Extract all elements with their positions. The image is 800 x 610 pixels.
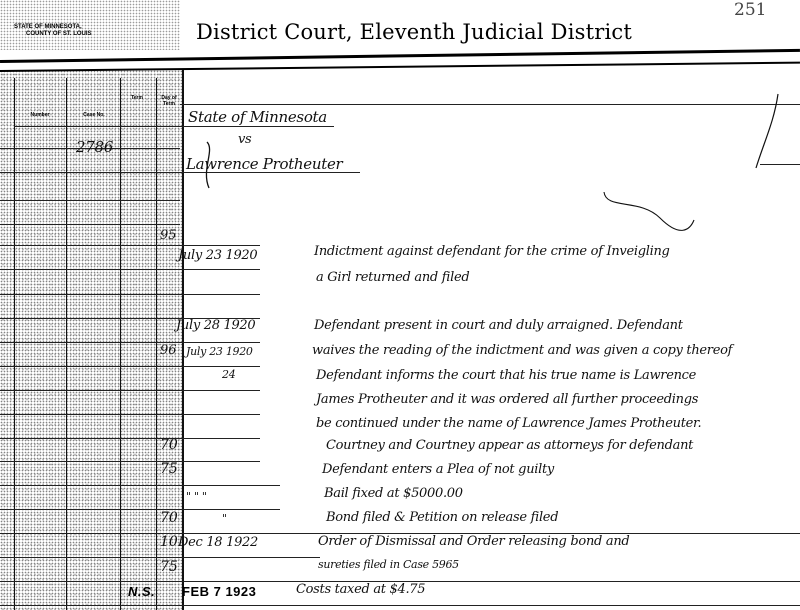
county-stamp: State of Minnesota, County of St. Louis [14,24,134,38]
pen-stroke-bracket [195,140,215,190]
column-header-day: Day of Term [156,95,182,107]
rule [180,104,800,105]
column-rule-5 [182,70,184,610]
header-rule-bottom [0,62,800,72]
column-rule-2 [66,78,67,610]
rule [0,414,260,415]
column-header-term: Term [120,95,154,101]
page-title: District Court, Eleventh Judicial Distri… [196,20,632,44]
entry-day: 10 [160,534,178,550]
entry-day: 75 [160,559,178,575]
entry-date: 24 [222,368,235,381]
page-number: 251 [734,0,766,20]
entry-text: waives the reading of the indictment and… [312,343,732,358]
entry-day: 70 [160,437,178,453]
column-rule-4 [156,78,157,610]
entry-day: 75 [160,461,178,477]
column-header-case-no: Case No. [74,112,114,118]
entry-text: Bail fixed at $5000.00 [324,486,463,501]
entry-date: July 23 1920 [186,345,253,358]
caption-plaintiff: State of Minnesota [188,108,327,126]
entry-date: " [222,512,227,525]
rule [0,557,320,558]
rule [0,200,180,201]
entry-text: a Girl returned and filed [316,270,469,285]
entry-text: Indictment against defendant for the cri… [314,244,670,259]
header-rule-top [0,49,800,63]
rule [0,485,280,486]
court-record-page: State of Minnesota, County of St. Louis … [0,0,800,610]
rule [0,461,260,462]
rule [0,294,260,295]
entry-date: July 28 1920 [176,318,255,333]
rule [0,342,260,343]
rule [14,126,334,127]
entry-day: 95 [160,228,177,243]
stamp-line-1: State of Minnesota, [14,24,134,31]
entry-text: Courtney and Courtney appear as attorney… [326,438,693,453]
entry-text: Defendant informs the court that his tru… [316,368,696,383]
entry-date: July 23 1920 [178,248,257,263]
rule [0,605,800,606]
entry-text: Defendant present in court and duly arra… [314,318,683,333]
filing-date-stamp: FEB 7 1923 [182,584,256,599]
stamp-line-2: County of St. Louis [14,31,134,38]
entry-text: James Protheuter and it was ordered all … [316,392,698,407]
column-header-number: Number [20,112,60,118]
entry-date: " " " [186,490,207,503]
column-rule-1 [14,78,15,610]
rule [0,269,260,270]
rule [0,438,260,439]
filing-stamp-prefix: N.S. [128,584,155,599]
entry-text: sureties filed in Case 5965 [318,558,459,571]
entry-text: Bond filed & Petition on release filed [326,510,558,525]
entry-text: Defendant enters a Plea of not guilty [322,462,554,477]
rule [0,245,260,246]
rule [0,366,260,367]
caption-versus: vs [238,132,251,147]
entry-text: be continued under the name of Lawrence … [316,416,701,431]
entry-text: Costs taxed at $4.75 [296,582,425,597]
entry-text: Order of Dismissal and Order releasing b… [318,534,629,549]
rule [0,390,260,391]
rule [0,509,280,510]
column-rule-3 [120,78,121,610]
pen-stroke-right [752,92,782,172]
entry-day: 70 [160,510,178,526]
entry-day: 96 [160,343,177,358]
pen-stroke-curve [600,190,700,240]
entry-date: Dec 18 1922 [178,535,258,550]
rule [0,224,180,225]
case-number: 2786 [76,138,113,156]
